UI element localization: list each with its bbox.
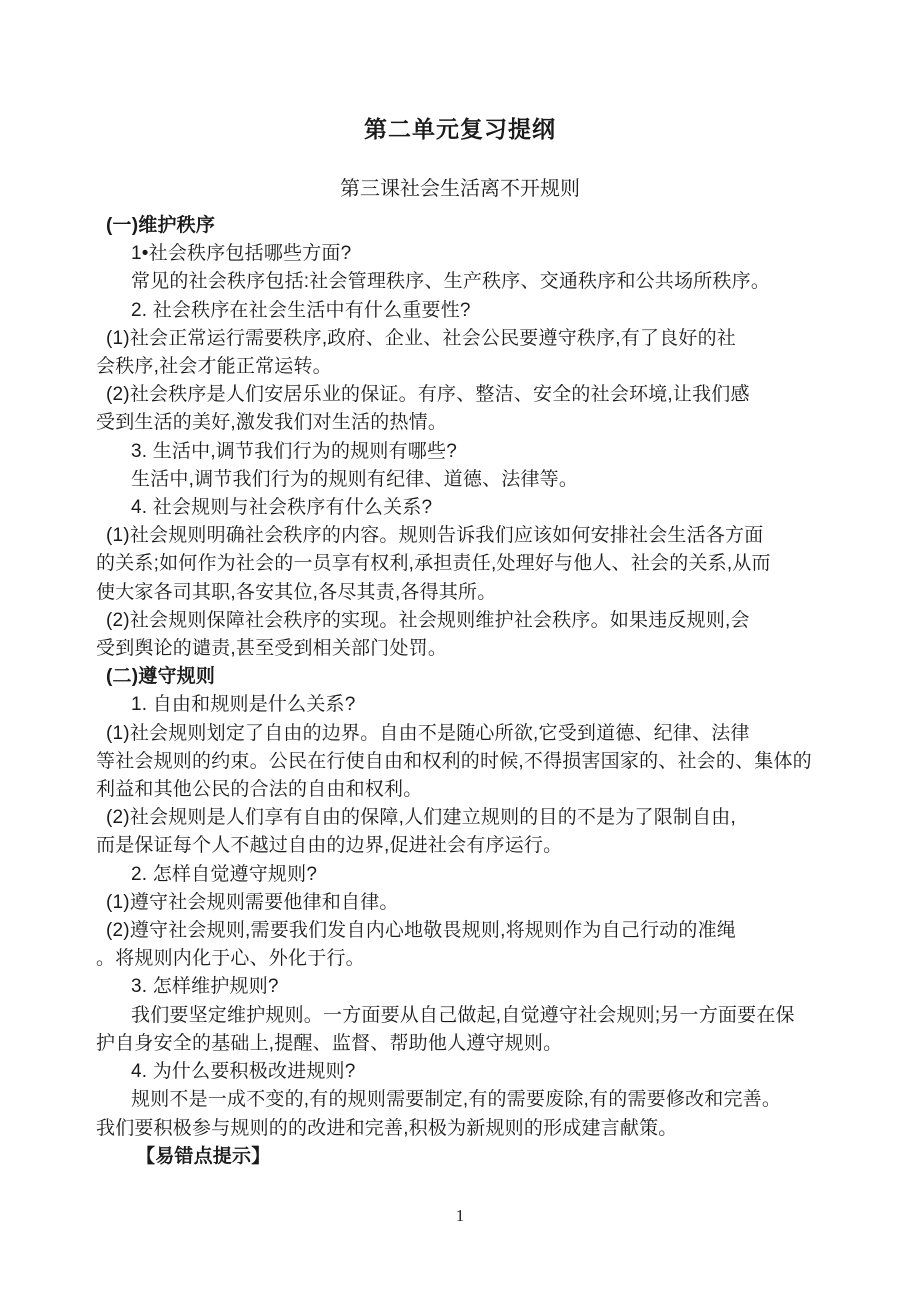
text-line: (1)社会规则划定了自由的边界。自由不是随心所欲,它受到道德、纪律、法律 xyxy=(96,720,824,748)
document-body: (一)维护秩序1•社会秩序包括哪些方面?常见的社会秩序包括:社会管理秩序、生产秩… xyxy=(96,212,824,1171)
text-line: (2)社会规则保障社会秩序的实现。社会规则维护社会秩序。如果违反规则,会 xyxy=(96,607,824,635)
text-line: 4. 社会规则与社会秩序有什么关系? xyxy=(96,494,824,522)
text-line: 等社会规则的约束。公民在行使自由和权利的时候,不得损害国家的、社会的、集体的 xyxy=(96,748,824,776)
text-line: 受到舆论的谴责,甚至受到相关部门处罚。 xyxy=(96,635,824,663)
text-line: 【易错点提示】 xyxy=(96,1143,824,1171)
text-line: 受到生活的美好,激发我们对生活的热情。 xyxy=(96,409,824,437)
text-line: 的关系;如何作为社会的一员享有权利,承担责任,处理好与他人、社会的关系,从而 xyxy=(96,550,824,578)
text-line: (1)社会规则明确社会秩序的内容。规则告诉我们应该如何安排社会生活各方面 xyxy=(96,522,824,550)
text-line: 我们要积极参与规则的的改进和完善,积极为新规则的形成建言献策。 xyxy=(96,1115,824,1143)
text-line: 而是保证每个人不越过自由的边界,促进社会有序运行。 xyxy=(96,832,824,860)
text-line: (一)维护秩序 xyxy=(96,212,824,240)
text-line: 3. 生活中,调节我们行为的规则有哪些? xyxy=(96,438,824,466)
text-line: 护自身安全的基础上,提醒、监督、帮助他人遵守规则。 xyxy=(96,1030,824,1058)
text-line: (2)遵守社会规则,需要我们发自内心地敬畏规则,将规则作为自己行动的准绳 xyxy=(96,917,824,945)
text-line: (2)社会秩序是人们安居乐业的保证。有序、整洁、安全的社会环境,让我们感 xyxy=(96,381,824,409)
text-line: 3. 怎样维护规则? xyxy=(96,973,824,1001)
text-line: 使大家各司其职,各安其位,各尽其责,各得其所。 xyxy=(96,579,824,607)
text-line: 1. 自由和规则是什么关系? xyxy=(96,691,824,719)
page-number: 1 xyxy=(0,1206,920,1226)
text-line: 2. 怎样自觉遵守规则? xyxy=(96,861,824,889)
text-line: 1•社会秩序包括哪些方面? xyxy=(96,240,824,268)
document-page: 第二单元复习提纲 第三课社会生活离不开规则 (一)维护秩序1•社会秩序包括哪些方… xyxy=(0,0,920,1302)
text-line: 规则不是一成不变的,有的规则需要制定,有的需要废除,有的需要修改和完善。 xyxy=(96,1086,824,1114)
text-line: (二)遵守规则 xyxy=(96,663,824,691)
text-line: 我们要坚定维护规则。一方面要从自己做起,自觉遵守社会规则;另一方面要在保 xyxy=(96,1002,824,1030)
text-line: 4. 为什么要积极改进规则? xyxy=(96,1058,824,1086)
text-line: 2. 社会秩序在社会生活中有什么重要性? xyxy=(96,297,824,325)
page-subtitle: 第三课社会生活离不开规则 xyxy=(0,176,920,202)
text-line: (2)社会规则是人们享有自由的保障,人们建立规则的目的不是为了限制自由, xyxy=(96,804,824,832)
page-title: 第二单元复习提纲 xyxy=(0,114,920,144)
text-line: 常见的社会秩序包括:社会管理秩序、生产秩序、交通秩序和公共场所秩序。 xyxy=(96,268,824,296)
text-line: 。将规则内化于心、外化于行。 xyxy=(96,945,824,973)
text-line: (1)遵守社会规则需要他律和自律。 xyxy=(96,889,824,917)
text-line: 利益和其他公民的合法的自由和权利。 xyxy=(96,776,824,804)
text-line: 会秩序,社会才能正常运转。 xyxy=(96,353,824,381)
text-line: (1)社会正常运行需要秩序,政府、企业、社会公民要遵守秩序,有了良好的社 xyxy=(96,325,824,353)
text-line: 生活中,调节我们行为的规则有纪律、道德、法律等。 xyxy=(96,466,824,494)
